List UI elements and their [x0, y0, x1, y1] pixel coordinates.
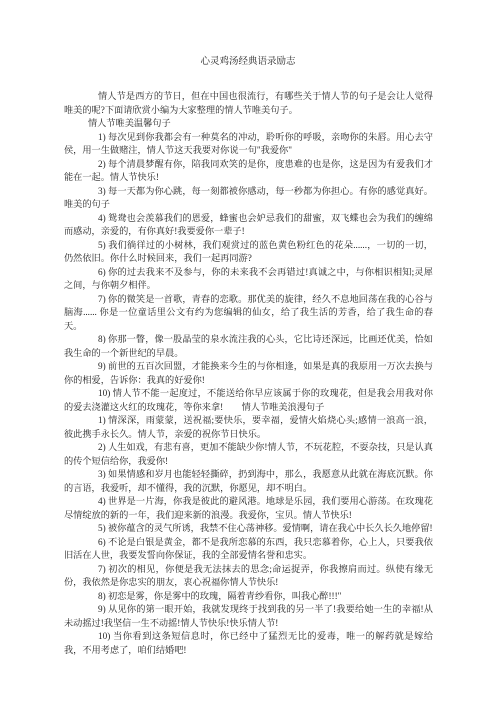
- paragraph: 情人节唯美温馨句子: [64, 117, 433, 131]
- paragraph: 1) 情深深，雨蒙蒙，送祝福;要快乐，要幸福，爱情火焰烧心头;感情一浪高一浪，彼…: [64, 414, 433, 441]
- paragraph: 4) 鸳鸯也会羡慕我们的恩爱，蜂蜜也会妒忌我们的甜蜜，双飞蝶也会为我们的缠绵而感…: [64, 212, 433, 239]
- page-title: 心灵鸡汤经典语录励志: [0, 0, 496, 69]
- paragraph: 3) 如果情感和岁月也能轻轻撕碎，扔到海中，那么，我愿意从此就在海底沉默。你的言…: [64, 468, 433, 495]
- paragraph: 9) 从见你的第一眼开始，我就发现终于找到我的另一半了!我要给她一生的幸福!从未…: [64, 603, 433, 630]
- paragraph: 6) 不论是白银是黄金，都不是我所恋慕的东西，我只恋慕着你，心上人，只要我依旧活…: [64, 536, 433, 563]
- paragraph: 8) 初恋是雾，你是雾中的玫瑰，隔着青纱看你，叫我心醉!!!": [64, 590, 433, 604]
- paragraph: 8) 你那一瞥，像一股晶莹的泉水流注我的心头，它比诗还深远，比画还优美，恰如我生…: [64, 333, 433, 360]
- paragraph: 3) 每一天都为你心跳，每一刻都被你感动，每一秒都为你担心。有你的感觉真好。唯美…: [64, 185, 433, 212]
- paragraph: 5) 我们徜徉过的小树林，我们观赏过的蓝色黄色粉红色的花朵......，一切的一…: [64, 239, 433, 266]
- paragraph: 9) 前世的五百次回盟，才能换来今生的与你相逢，如果是真的我原用一万次去换与你的…: [64, 360, 433, 387]
- paragraph: 7) 你的微笑是一首歌，青春的恋歌。那优美的旋律，经久不息地回荡在我的心谷与脑海…: [64, 293, 433, 334]
- document-body: 情人节是西方的节日，但在中国也很流行，有哪些关于情人节的句子是会让人觉得唯美的呢…: [64, 90, 433, 657]
- page: 心灵鸡汤经典语录励志 情人节是西方的节日，但在中国也很流行，有哪些关于情人节的句…: [0, 0, 496, 702]
- paragraph: 2) 人生如戏，有悲有喜，更加不能缺少你!情人节，不玩花腔，不耍杂技，只是认真的…: [64, 441, 433, 468]
- paragraph: 10) 当你看到这条短信息时，你已经中了猛烈无比的爱毒，唯一的解药就是嫁给我，不…: [64, 630, 433, 657]
- paragraph: 7) 初次的相见，你便是我无法抹去的思念;命运捉弄，你我擦肩而过。纵使有缘无份，…: [64, 563, 433, 590]
- paragraph: 情人节是西方的节日，但在中国也很流行，有哪些关于情人节的句子是会让人觉得唯美的呢…: [64, 90, 433, 117]
- paragraph: 10) 情人节不能一起度过，不能送给你早应该属于你的玫瑰花，但是我会用我对你的爱…: [64, 387, 433, 414]
- paragraph: 4) 世界是一片海，你我是彼此的避风港。地球是乐园，我们要用心游荡。在玫瑰花尽情…: [64, 495, 433, 522]
- paragraph: 6) 你的过去我来不及参与，你的未来我不会再错过!真诚之中，与你相识相知;灵犀之…: [64, 266, 433, 293]
- paragraph: 1) 每次见到你我都会有一种莫名的冲动，聆听你的呼吸，亲吻你的朱唇。用心去守侯，…: [64, 131, 433, 158]
- paragraph: 5) 被你蕴含的灵气所诱，我禁不住心荡神移。爱情啊，请在我心中长久长久地停留!: [64, 522, 433, 536]
- paragraph: 2) 每个清晨梦醒有你，陪我同欢笑的是你，度患难的也是你，这是因为有爱我们才能在…: [64, 158, 433, 185]
